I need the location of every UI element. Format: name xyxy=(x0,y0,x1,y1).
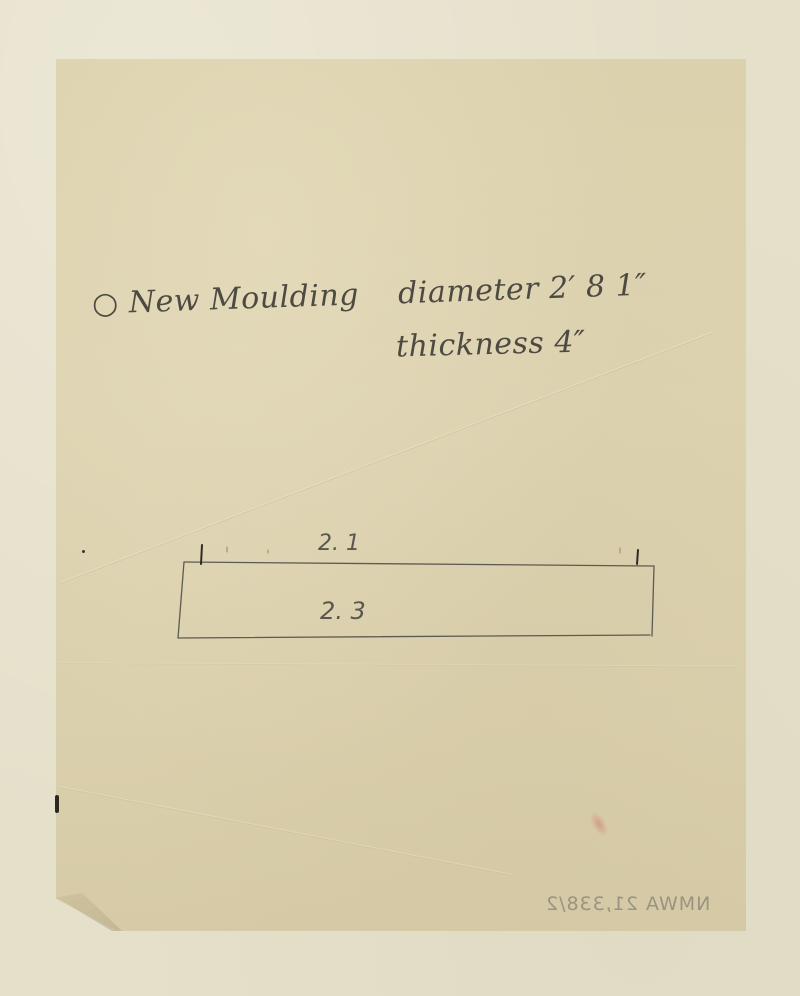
paper-sheet xyxy=(56,59,746,931)
note-thickness: thickness 4″ xyxy=(396,325,587,365)
sketch-top-dimension: 2. 1 xyxy=(318,531,360,556)
sketch-inner-dimension: 2. 3 xyxy=(320,597,366,625)
margin-ink-mark xyxy=(55,795,59,813)
inventory-number-mirrored: NMWA 21,338/2 xyxy=(545,893,710,915)
stray-pencil-dot xyxy=(82,550,85,553)
